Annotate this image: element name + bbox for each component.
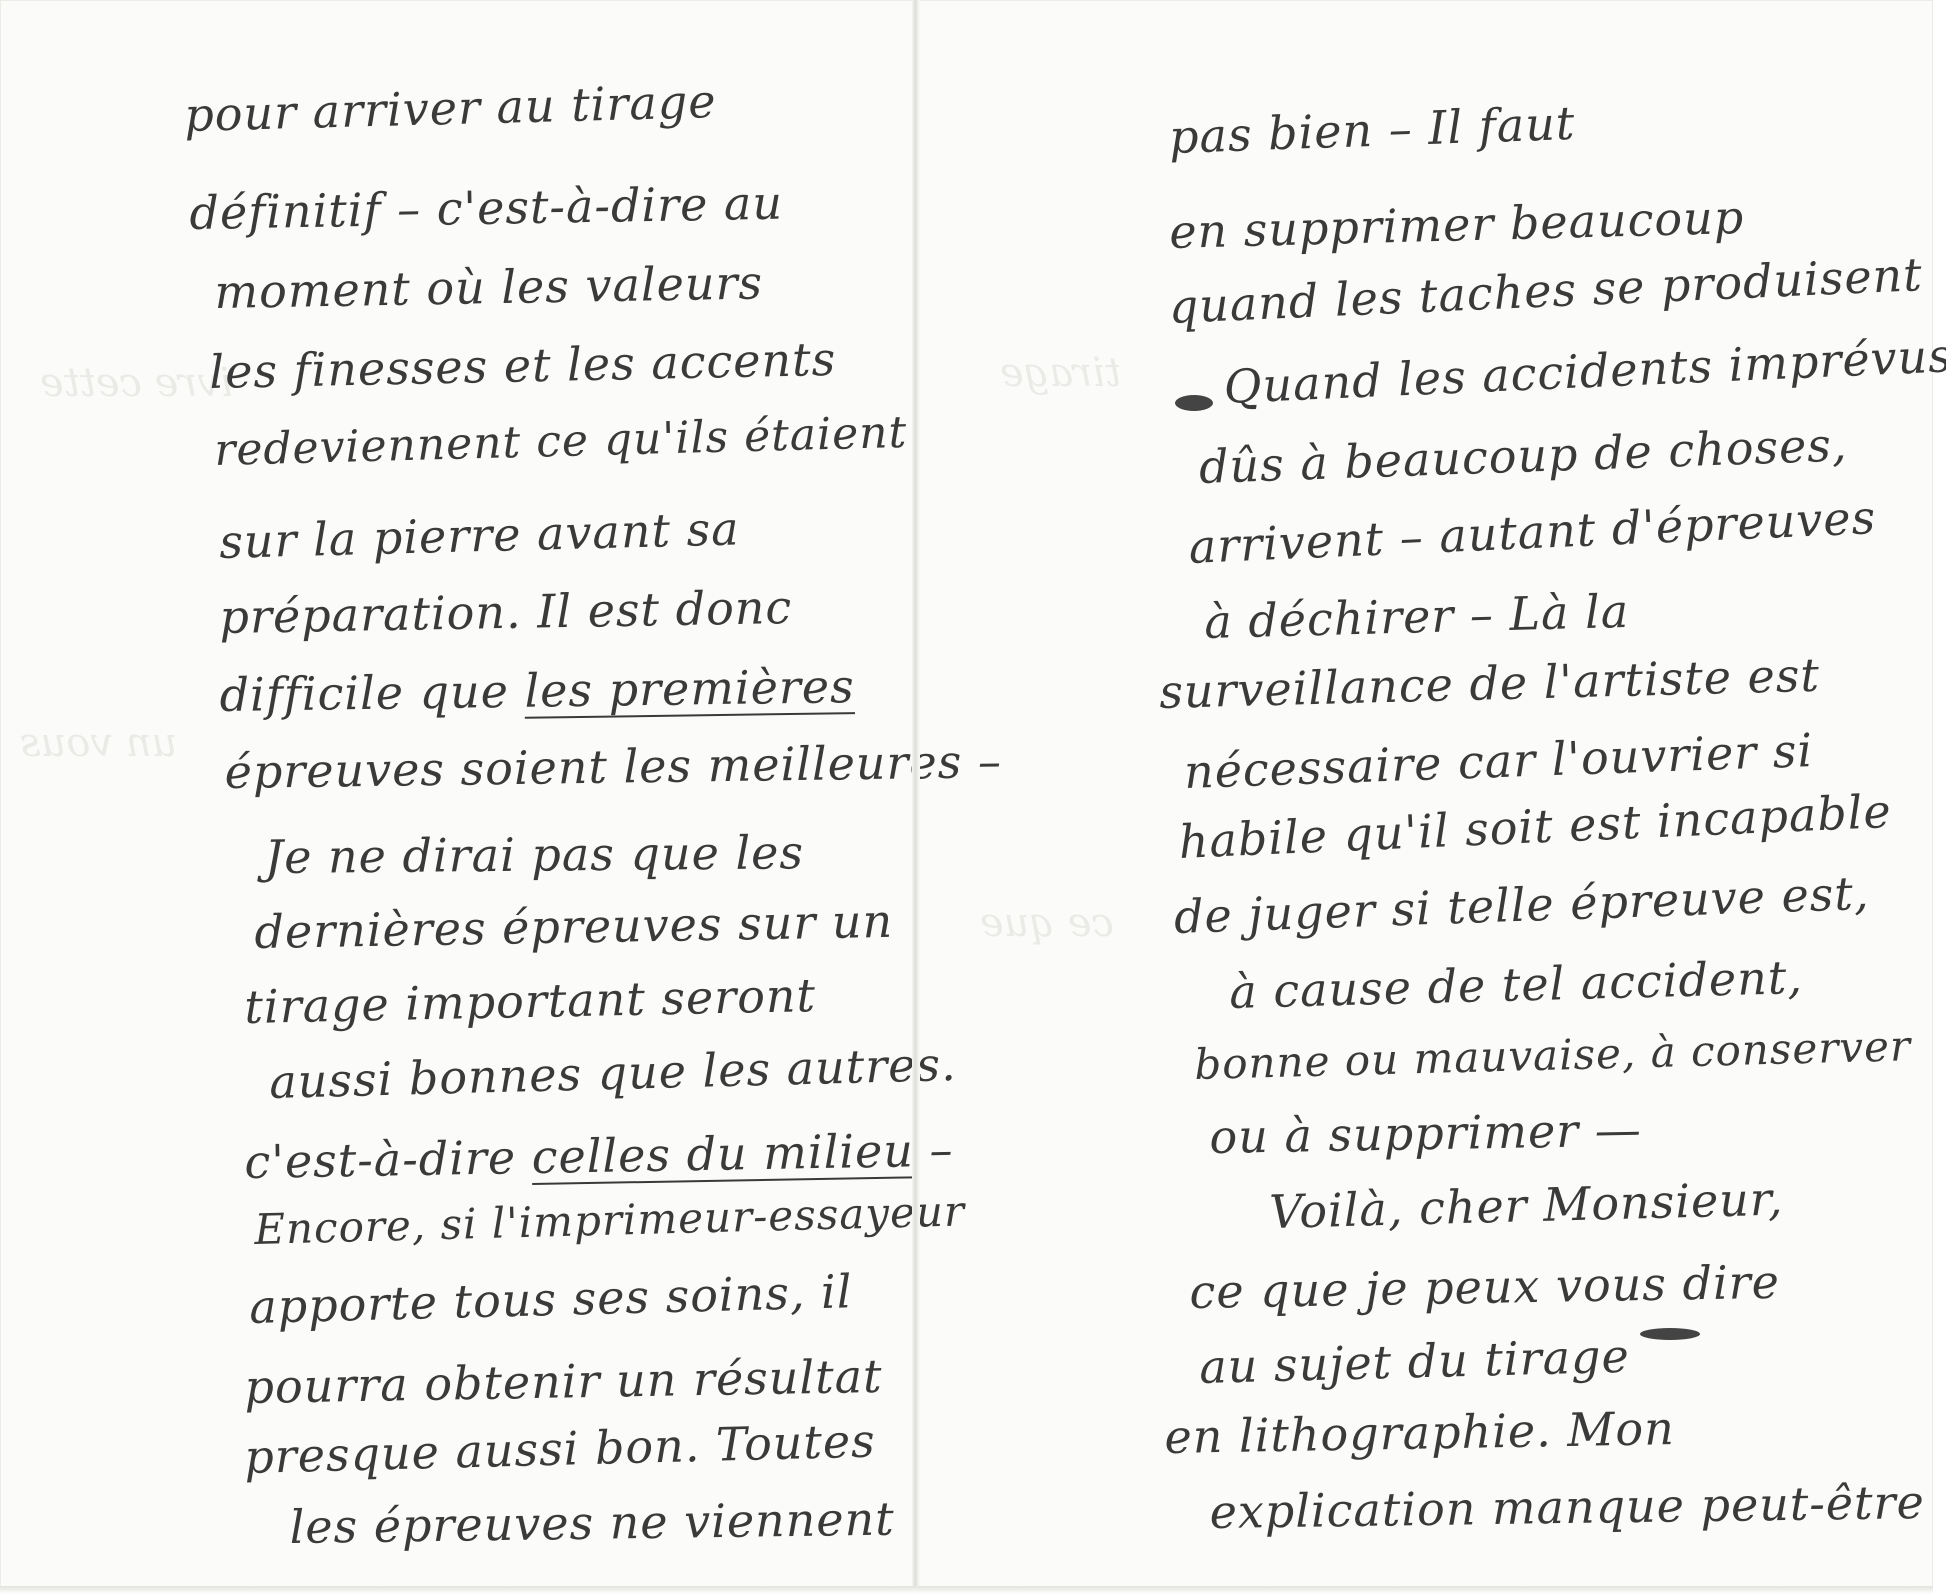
show-through-text: tirage bbox=[1000, 350, 1121, 396]
handwritten-line: moment où les valeurs bbox=[214, 255, 763, 319]
paper-bottom-edge bbox=[0, 1586, 1933, 1594]
handwritten-line: en lithographie. Mon bbox=[1164, 1401, 1675, 1464]
handwritten-line: Voilà, cher Monsieur, bbox=[1269, 1172, 1784, 1239]
handwritten-line: en supprimer beaucoup bbox=[1169, 190, 1745, 259]
handwritten-line: bonne ou mauvaise, à conserver bbox=[1194, 1021, 1912, 1089]
underlined-text: les premières bbox=[524, 659, 855, 718]
show-through-text: ivre cette bbox=[40, 360, 233, 406]
handwritten-line: arrivent – autant d'épreuves bbox=[1188, 490, 1877, 574]
handwritten-line: ce que je peux vous dire bbox=[1189, 1255, 1780, 1319]
handwritten-line: quand les taches se produisent bbox=[1168, 247, 1924, 334]
handwritten-line: difficile que les premières bbox=[219, 659, 855, 722]
handwritten-line: à déchirer – Là la bbox=[1204, 584, 1630, 649]
handwritten-line: les épreuves ne viennent bbox=[289, 1492, 895, 1554]
handwritten-line: de juger si telle épreuve est, bbox=[1173, 866, 1870, 944]
line-text: c'est-à-dire bbox=[244, 1130, 532, 1189]
handwritten-line: Je ne dirai pas que les bbox=[265, 825, 805, 884]
handwritten-line: préparation. Il est donc bbox=[219, 580, 793, 644]
handwritten-line: Quand les accidents imprévus bbox=[1223, 328, 1946, 414]
handwritten-line: pourra obtenir un résultat bbox=[244, 1349, 883, 1414]
handwritten-line: redeviennent ce qu'ils étaient bbox=[214, 407, 908, 476]
handwritten-line: les finesses et les accents bbox=[209, 332, 837, 399]
handwritten-line: à cause de tel accident, bbox=[1229, 950, 1804, 1019]
handwritten-line: dernières épreuves sur un bbox=[254, 894, 894, 959]
handwritten-line: pour arriver au tirage bbox=[184, 74, 718, 142]
handwritten-line: surveillance de l'artiste est bbox=[1159, 648, 1821, 719]
handwritten-line: tirage important seront bbox=[244, 968, 817, 1034]
handwritten-line: au sujet du tirage bbox=[1199, 1329, 1631, 1394]
show-through-text: un vous bbox=[20, 720, 177, 766]
line-text: difficile que bbox=[219, 664, 525, 722]
letter-sheet: ivre cette un vous pour arriver au tirag… bbox=[0, 0, 1933, 1588]
handwritten-line: définitif – c'est-à-dire au bbox=[189, 176, 783, 240]
handwritten-line: habile qu'il soit est incapable bbox=[1178, 784, 1893, 869]
handwritten-line: aussi bonnes que les autres. bbox=[269, 1037, 958, 1109]
handwritten-line: pas bien – Il faut bbox=[1168, 96, 1576, 164]
center-fold bbox=[912, 0, 920, 1588]
show-through-text: ce que bbox=[980, 900, 1114, 946]
handwritten-line: épreuves soient les meilleures – bbox=[224, 734, 1002, 799]
ink-blot-strikeout bbox=[1175, 395, 1213, 411]
handwritten-line: dûs à beaucoup de choses, bbox=[1198, 417, 1848, 494]
handwritten-line: nécessaire car l'ouvrier si bbox=[1183, 723, 1814, 799]
handwritten-line: presque aussi bon. Toutes bbox=[244, 1413, 877, 1484]
handwritten-line: c'est-à-dire celles du milieu – bbox=[244, 1123, 954, 1189]
handwritten-line: apporte tous ses soins, il bbox=[249, 1264, 854, 1334]
right-page: tirage ce que pas bien – Il faut en supp… bbox=[920, 0, 1933, 1588]
ink-blot-strikeout bbox=[1640, 1328, 1700, 1340]
underlined-text: celles du milieu bbox=[531, 1123, 914, 1184]
left-page: ivre cette un vous pour arriver au tirag… bbox=[0, 0, 912, 1588]
handwritten-line: sur la pierre avant sa bbox=[219, 501, 741, 569]
handwritten-line: Encore, si l'imprimeur-essayeur bbox=[254, 1186, 966, 1254]
handwritten-line: explication manque peut-être bbox=[1209, 1475, 1925, 1539]
handwritten-line: ou à supprimer — bbox=[1209, 1102, 1642, 1164]
